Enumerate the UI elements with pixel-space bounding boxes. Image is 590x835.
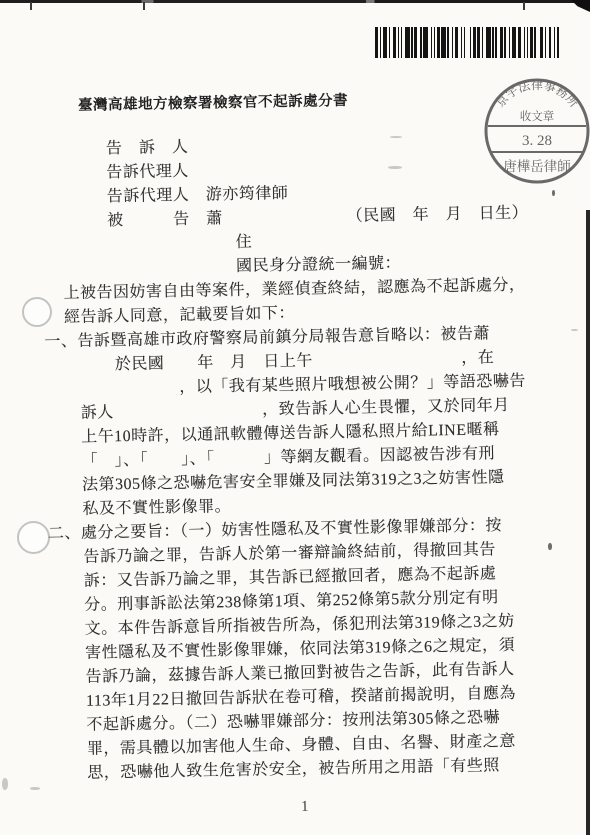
doc-line: 分。刑事訴訟法第238條第1項、第252條第5款分別定有明 (84, 588, 499, 616)
document-text-block: 臺灣高雄地方檢察署檢察官不起訴處分書 告 訴 人告訴代理人告訴代理人 游亦筠律師… (0, 0, 590, 835)
doc-line: 二、處分之要旨：（一）妨害性隱私及不實性影像罪嫌部分：按 (48, 516, 502, 544)
doc-line: 思，恐嚇他人致生危害於安全，被告所用之用語「有些照 (87, 756, 500, 784)
doc-line: 告訴代理人 (106, 162, 189, 184)
scan-speck (388, 166, 402, 169)
doc-line: 住 (235, 233, 252, 253)
scan-speck (2, 778, 8, 790)
doc-line: 上被告因妨害自由等案件，業經偵查終結，認應為不起訴處分， (63, 276, 525, 304)
doc-line: 訴人 ，致告訴人心生畏懼，又於同年月 (81, 396, 510, 424)
document-lines: 告 訴 人告訴代理人告訴代理人 游亦筠律師被 告 蕭 （民國 年 月 日生）住國… (0, 0, 588, 1)
doc-line: 「 」、「 」、「 」等網友觀看。因認被告涉有刑 (81, 444, 495, 472)
scan-speck (390, 136, 402, 138)
doc-line: 告訴乃論之罪，告訴人於第一審辯論終結前，得撤回其告 (83, 540, 496, 568)
doc-line: 113年1月22日撤回告訴狀在卷可稽，揆諸前揭說明，自應為 (86, 684, 516, 712)
scan-speck (552, 190, 555, 196)
doc-line: 害性隱私及不實性影像罪嫌，依同法第319條之6之規定，須 (85, 636, 515, 664)
doc-line: 法第305條之恐嚇危害安全罪嫌及同法第319之3之妨害性隱 (82, 468, 505, 496)
doc-line: ，以「我有某些照片哦想被公開？」等語恐嚇告 (80, 372, 526, 400)
doc-line: 上午10時許，以通訊軟體傳送告訴人隱私照片給LINE暱稱 (81, 420, 500, 448)
doc-line: 告 訴 人 (106, 138, 189, 160)
scan-speck (30, 787, 40, 790)
doc-line: 告訴代理人 游亦筠律師 (107, 184, 289, 207)
doc-line: 私及不實性影像罪。 (82, 497, 231, 520)
doc-line: 不起訴處分。（二）恐嚇罪嫌部分：按刑法第305條之恐嚇 (86, 708, 500, 736)
doc-line: 一、告訴暨高雄市政府警察局前鎮分局報告意旨略以：被告蕭 (44, 324, 490, 352)
doc-line: 文。本件告訴意旨所指被告所為，係犯刑法第319條之3之妨 (85, 612, 515, 640)
doc-line: 告訴乃論，茲據告訴人業已撤回對被告之告訴，此有告訴人 (85, 660, 514, 688)
scan-speck (548, 543, 552, 550)
scan-speck (571, 329, 578, 331)
doc-line: 罪，需具體以加害他人生命、身體、自由、名譽、財產之意 (87, 732, 516, 760)
doc-line: 經告訴人同意，記載要旨如下： (64, 304, 295, 328)
doc-line: 國民身分證統一編號： (236, 254, 401, 277)
doc-line: 被 告 蕭 （民國 年 月 日生） (107, 204, 528, 232)
doc-line: 訴：又告訴乃論之罪，其告訴已經撤回者，應為不起訴處 (84, 564, 497, 592)
doc-line: 於民國 年 月 日上午 ，在 (115, 348, 495, 375)
scanned-document-page: 京宇法律事務所 收文章 3. 28 唐樺岳律師 臺灣高雄地方檢察署檢察官不起訴處… (0, 0, 590, 835)
page-number: 1 (301, 799, 309, 816)
document-title: 臺灣高雄地方檢察署檢察官不起訴處分書 (78, 89, 348, 115)
